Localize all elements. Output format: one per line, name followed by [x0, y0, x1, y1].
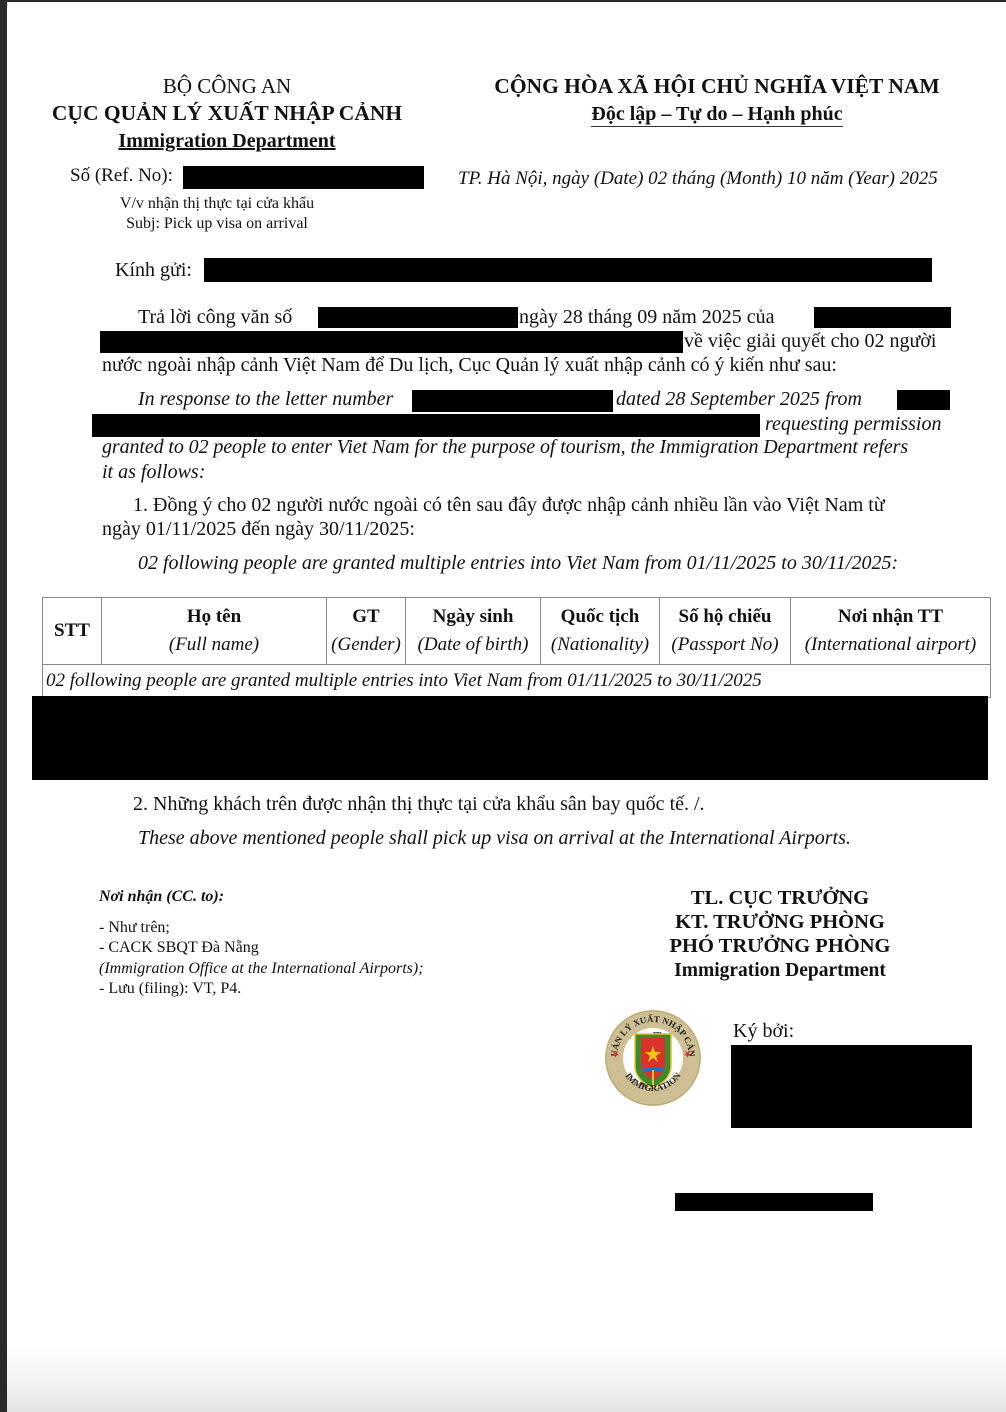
col-gender: GT(Gender) [327, 598, 406, 665]
letter-number-redacted [318, 307, 518, 328]
cc-item: - Lưu (filing): VT, P4. [99, 980, 241, 998]
department-name-en: Immigration Department [27, 130, 427, 153]
immigration-seal-icon: QUẢN LÝ XUẤT NHẬP CẢNH IMMIGRATION [603, 1008, 703, 1108]
item-2-en: These above mentioned people shall pick … [138, 827, 851, 850]
subject-en: Subj: Pick up visa on arrival [17, 215, 417, 233]
sender-redacted-2 [100, 331, 683, 353]
col-passport-no: Số hộ chiếu(Passport No) [660, 598, 791, 665]
table-rows-redacted [32, 696, 988, 780]
item-2-vn: 2. Những khách trên được nhận thị thực t… [133, 793, 705, 816]
col-date-of-birth: Ngày sinh(Date of birth) [406, 598, 541, 665]
ministry-name: BỘ CÔNG AN [27, 74, 427, 99]
signature-line-3: PHÓ TRƯỞNG PHÒNG [630, 935, 930, 958]
letter-number-en-redacted [412, 390, 613, 412]
sender-redacted-1 [814, 307, 951, 328]
cc-item: - CACK SBQT Đà Nẵng [99, 939, 259, 957]
response-line-2c: requesting permission [765, 413, 941, 436]
table-span-row: 02 following people are granted multiple… [43, 665, 991, 698]
item-1-en: 02 following people are granted multiple… [138, 552, 898, 575]
col-stt: STT [43, 598, 102, 665]
ref-label: Số (Ref. No): [70, 165, 173, 187]
cc-item-note: (Immigration Office at the International… [99, 960, 424, 978]
signature-line-1: TL. CỤC TRƯỞNG [630, 887, 930, 910]
col-airport: Nơi nhận TT(International airport) [791, 598, 991, 665]
country-name: CỘNG HÒA XÃ HỘI CHỦ NGHĨA VIỆT NAM [457, 74, 977, 99]
sender-en-redacted-2 [92, 414, 760, 437]
signer-name-redacted [675, 1193, 873, 1211]
addressee-redacted [204, 258, 932, 282]
reply-line-1d: nước ngoài nhập cảnh Việt Nam để Du lịch… [102, 354, 837, 377]
response-line-2a: In response to the letter number [138, 388, 393, 411]
subject-vn: V/v nhận thị thực tại cửa khẩu [17, 195, 417, 213]
cc-item: - Như trên; [99, 919, 170, 937]
col-full-name: Họ tên(Full name) [102, 598, 327, 665]
signature-line-2: KT. TRƯỞNG PHÒNG [630, 911, 930, 934]
signer-details-redacted [731, 1045, 972, 1128]
item-1-vn-line-b: ngày 01/11/2025 đến ngày 30/11/2025: [102, 518, 415, 541]
table-row: 02 following people are granted multiple… [43, 665, 991, 698]
addressee-label: Kính gửi: [115, 259, 192, 282]
reply-line-1a: Trả lời công văn số [138, 306, 292, 329]
response-line-2e: it as follows: [102, 461, 205, 484]
issue-date: TP. Hà Nội, ngày (Date) 02 tháng (Month)… [458, 168, 938, 190]
department-name-vn: CỤC QUẢN LÝ XUẤT NHẬP CẢNH [27, 101, 427, 126]
reply-line-1b: ngày 28 tháng 09 năm 2025 của [519, 306, 775, 329]
item-1-vn-line-a: 1. Đồng ý cho 02 người nước ngoài có tên… [133, 494, 885, 517]
visitor-table: STT Họ tên(Full name) GT(Gender) Ngày si… [42, 597, 991, 698]
signed-by-label: Ký bởi: [733, 1020, 794, 1043]
national-motto: Độc lập – Tự do – Hạnh phúc [457, 103, 977, 126]
cc-title: Nơi nhận (CC. to): [99, 888, 224, 906]
document-page: BỘ CÔNG AN CỤC QUẢN LÝ XUẤT NHẬP CẢNH Im… [7, 2, 1006, 1412]
reply-line-1c: về việc giải quyết cho 02 người [684, 330, 936, 353]
sender-en-redacted-1 [897, 390, 950, 410]
response-line-2b: dated 28 September 2025 from [616, 388, 862, 411]
signature-line-4: Immigration Department [630, 960, 930, 982]
table-header-row: STT Họ tên(Full name) GT(Gender) Ngày si… [43, 598, 991, 665]
ref-number-redacted [183, 166, 424, 189]
response-line-2d: granted to 02 people to enter Viet Nam f… [102, 436, 908, 459]
col-nationality: Quốc tịch(Nationality) [541, 598, 660, 665]
